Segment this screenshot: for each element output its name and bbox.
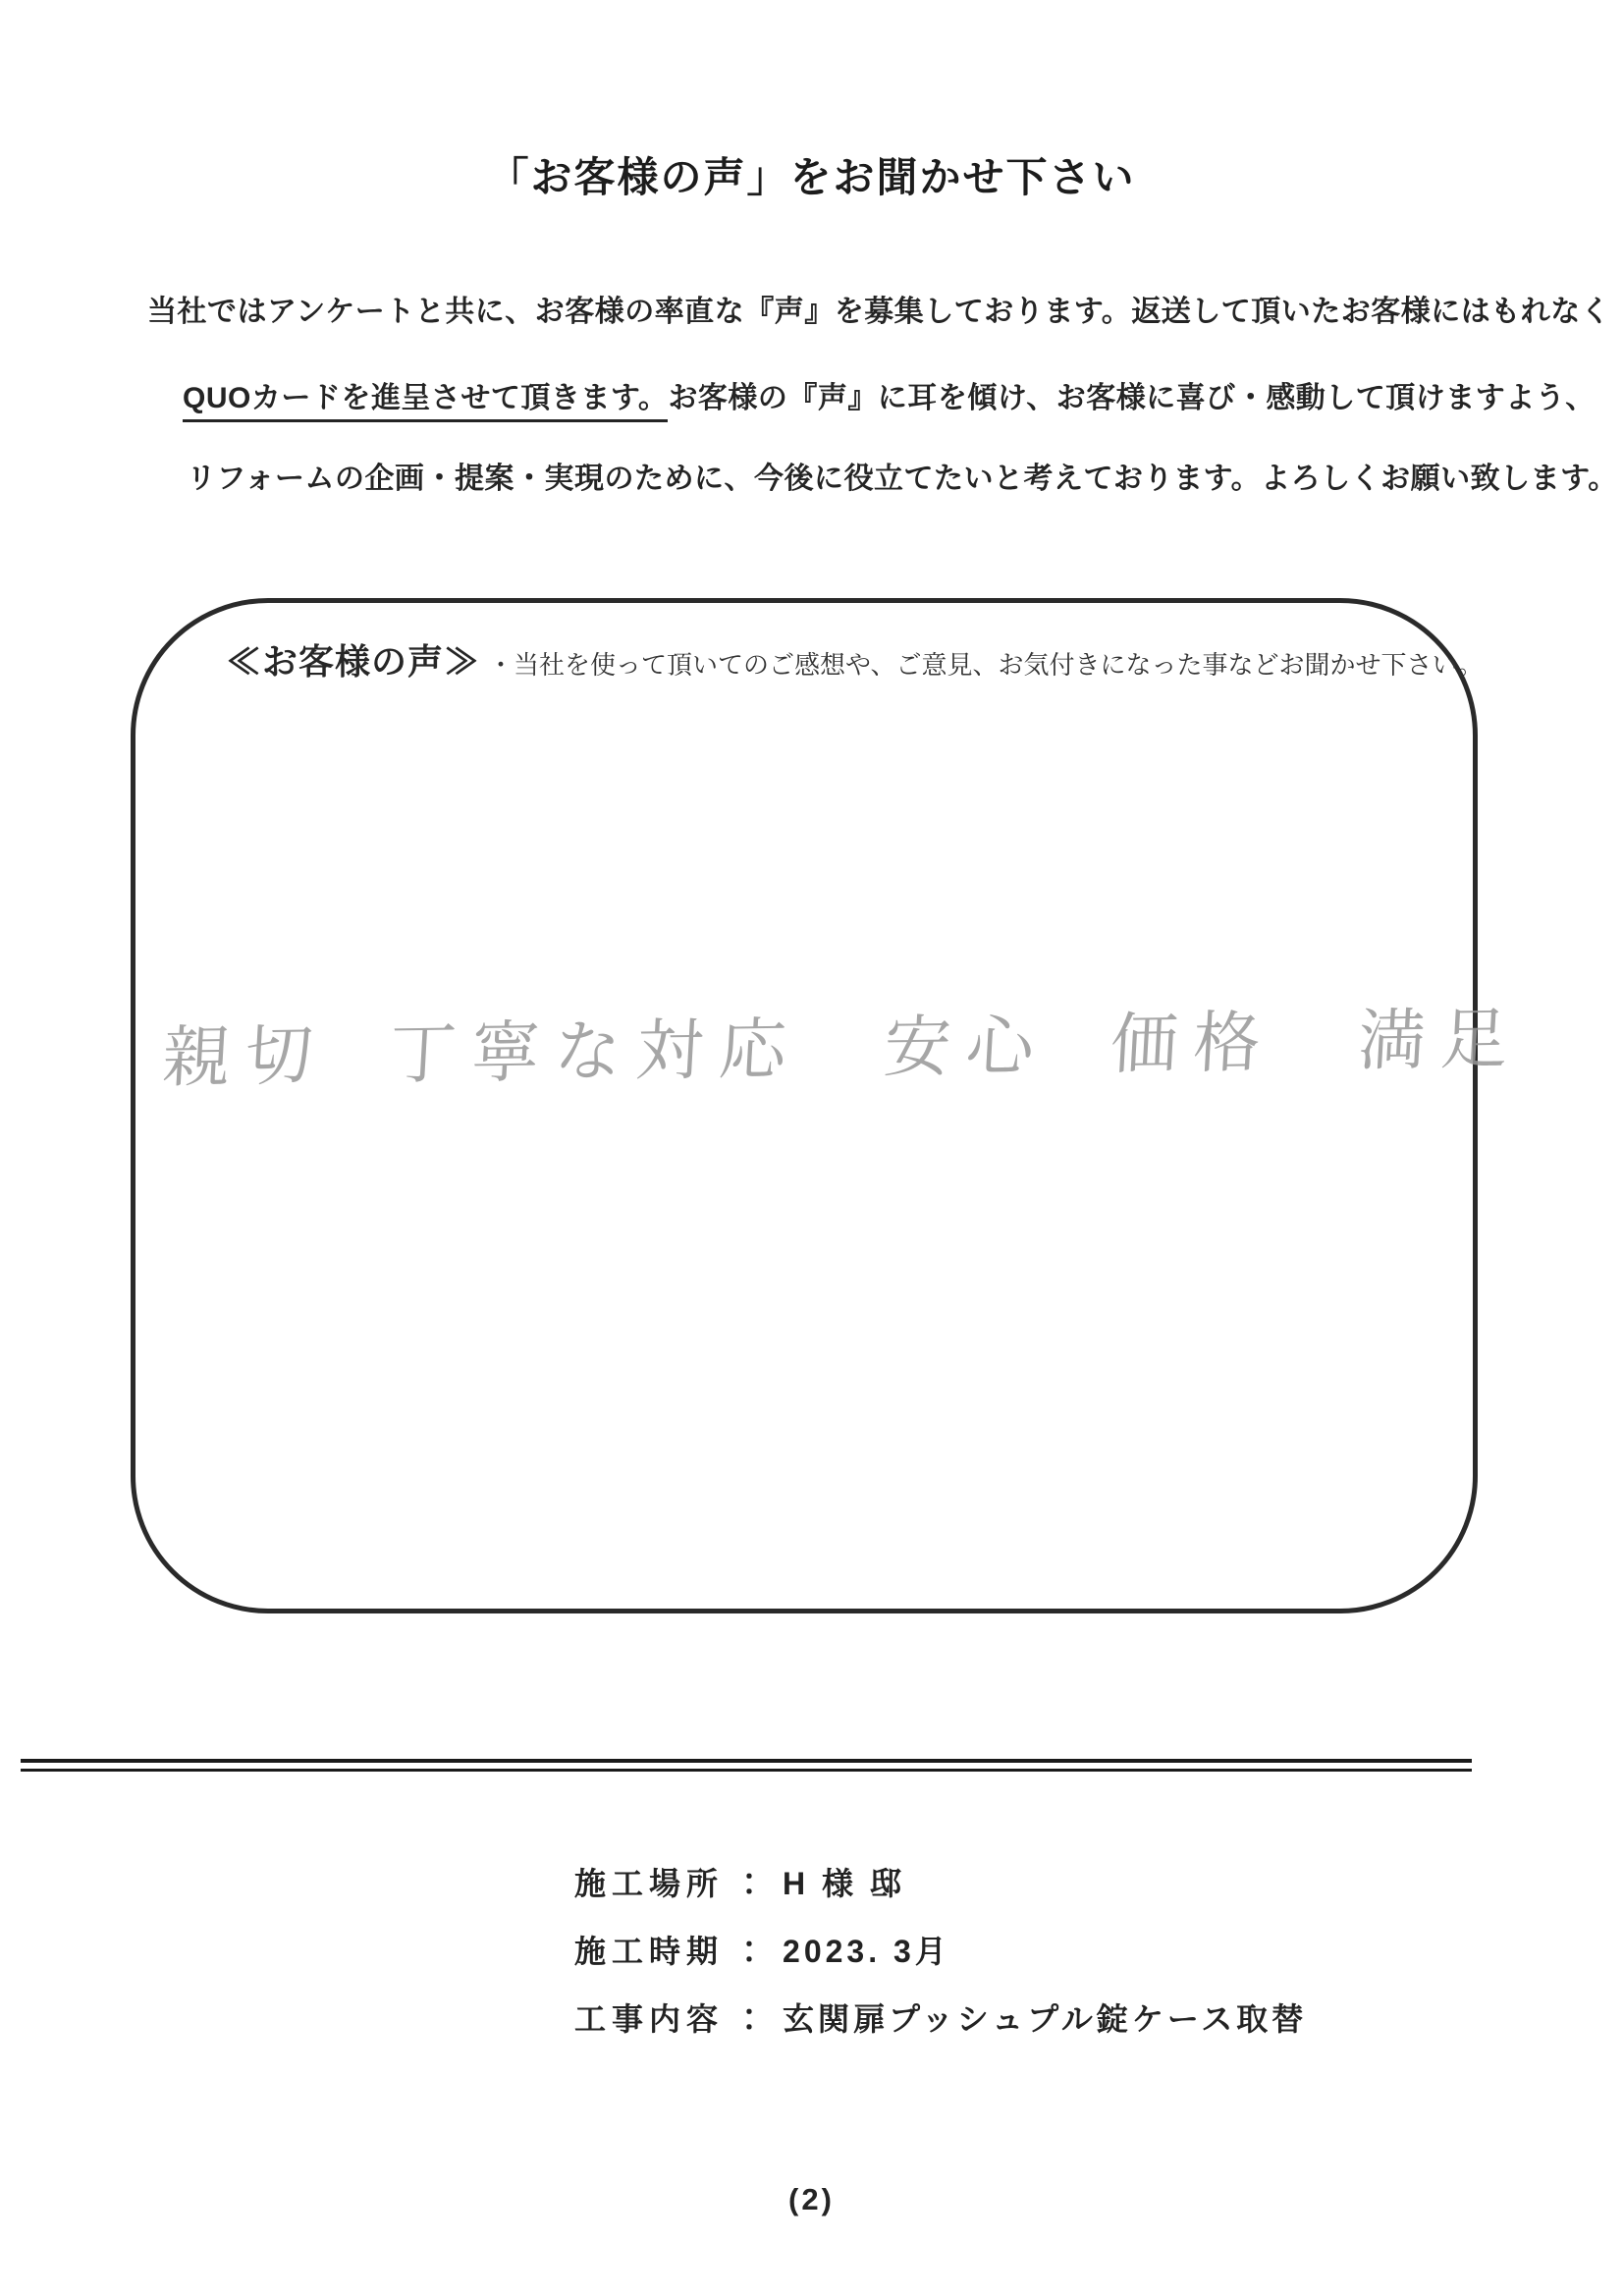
construction-details: 施工場所：H 様 邸 施工時期：2023. 3月 工事内容：玄関扉プッシュプル錠… [574,1859,1307,2062]
detail-label-period: 施工時期 [574,1934,724,1969]
detail-label-work-content: 工事内容 [574,2001,724,2037]
detail-value-work-content: 玄関扉プッシュプル錠ケース取替 [783,2001,1307,2037]
detail-value-location: H 様 邸 [783,1866,905,1901]
detail-separator: ： [733,1866,765,1901]
detail-separator: ： [733,1934,765,1969]
voice-box-heading: ≪お客様の声≫ [226,641,480,682]
page-number: (2) [0,2182,1623,2217]
intro-line-3: リフォームの企画・提案・実現のために、今後に役立てたいと考えております。よろしく… [187,454,1618,497]
detail-label-location: 施工場所 [574,1866,724,1901]
intro-line-1: 当社ではアンケートと共に、お客様の率直な『声』を募集しております。返送して頂いた… [147,287,1610,330]
scanned-feedback-sheet: 「お客様の声」をお聞かせ下さい 当社ではアンケートと共に、お客様の率直な『声』を… [0,0,1623,2296]
intro-line-2: QUOカードを進呈させて頂きます。お客様の『声』に耳を傾け、お客様に喜び・感動し… [183,373,1596,416]
intro-line-2-underlined-quo-card: QUOカードを進呈させて頂きます。 [183,382,668,422]
detail-value-period: 2023. 3月 [783,1934,950,1969]
detail-row-location: 施工場所：H 様 邸 [574,1859,1307,1927]
detail-separator: ： [733,2001,765,2037]
divider-double-rule-bottom [21,1769,1472,1772]
detail-row-period: 施工時期：2023. 3月 [574,1927,1307,1995]
voice-box-note: ・当社を使って頂いてのご感想や、ご意見、お気付きになった事などお聞かせ下さい。 [488,650,1483,680]
divider-double-rule-top [21,1759,1472,1763]
intro-line-2-rest: お客様の『声』に耳を傾け、お客様に喜び・感動して頂けますよう、 [668,382,1595,414]
customer-voice-box: ≪お客様の声≫・当社を使って頂いてのご感想や、ご意見、お気付きになった事などお聞… [131,598,1478,1613]
page-title: 「お客様の声」をお聞かせ下さい [0,145,1623,204]
voice-box-header: ≪お客様の声≫・当社を使って頂いてのご感想や、ご意見、お気付きになった事などお聞… [226,634,1434,684]
detail-row-work-content: 工事内容：玄関扉プッシュプル錠ケース取替 [574,1995,1307,2062]
handwritten-comment: 親切 丁寧な対応 安心 価格 満足 [160,987,1461,1101]
